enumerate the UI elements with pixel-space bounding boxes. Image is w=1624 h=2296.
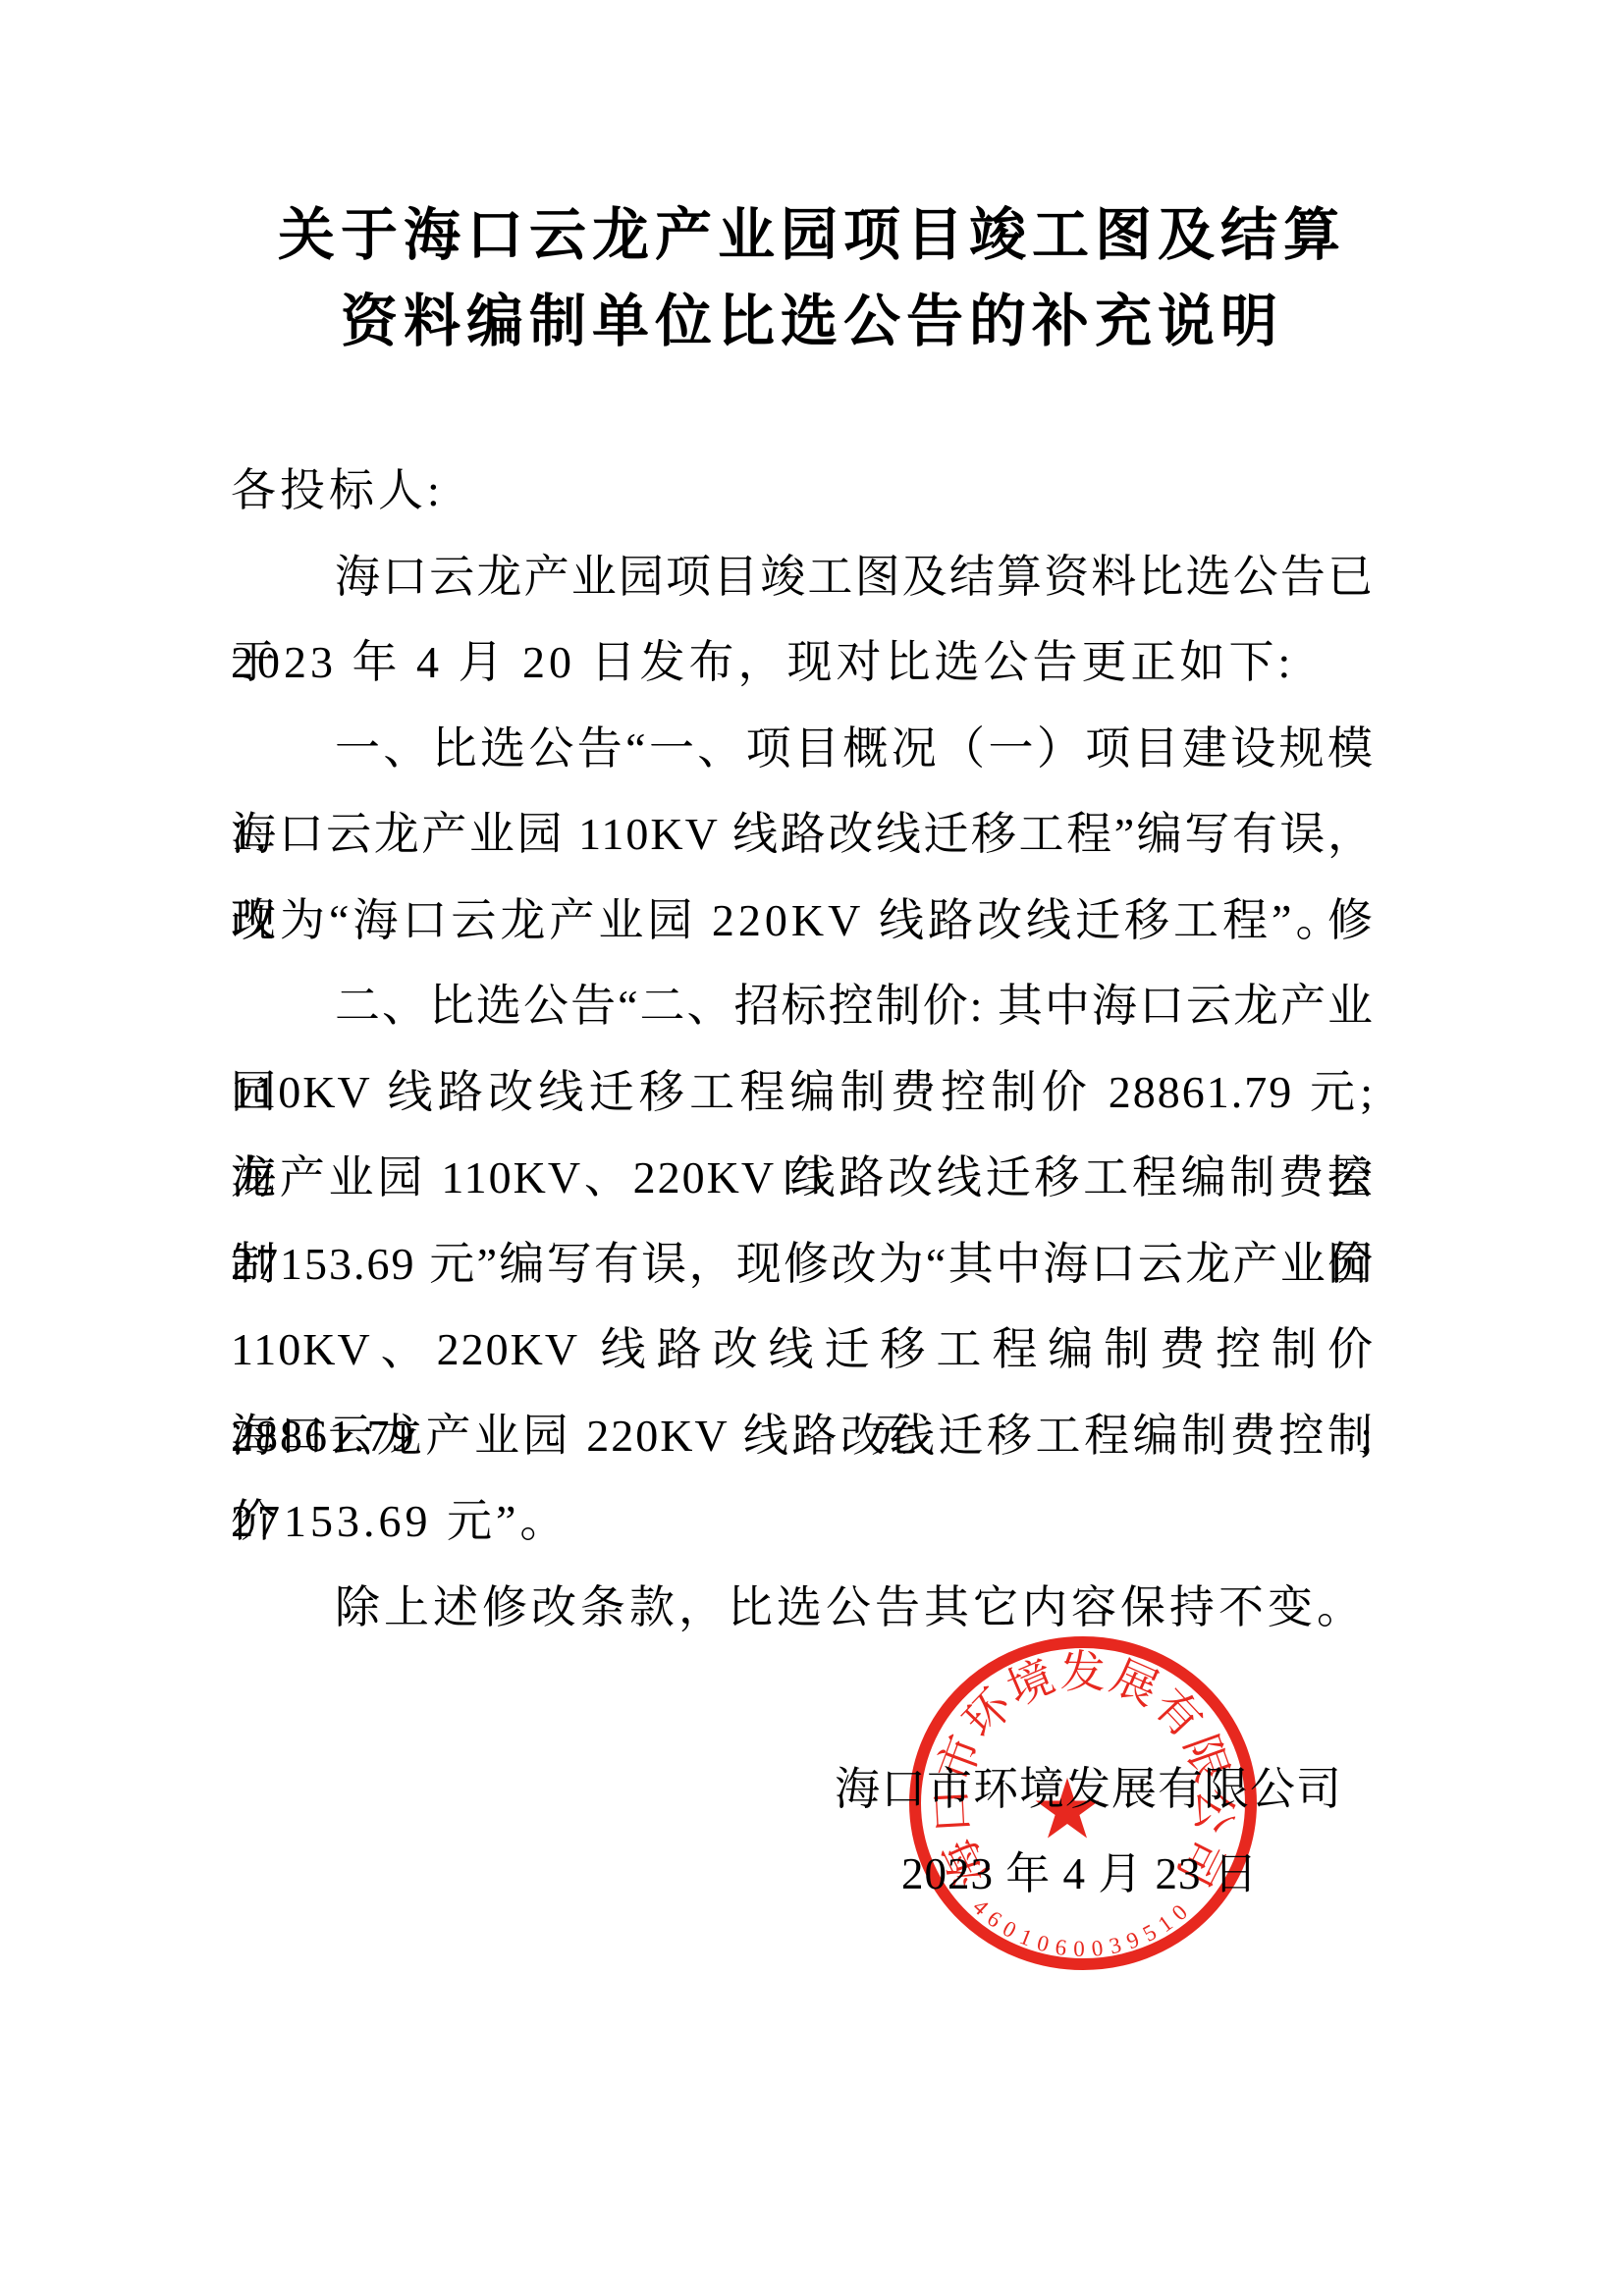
body-line: 一、比选公告“一、项目概况（一）项目建设规模 1.: [231, 706, 1375, 792]
document-body: 各投标人: 海口云龙产业园项目竣工图及结算资料比选公告已于 2023 年 4 月…: [231, 448, 1375, 1650]
body-line: 龙产业园 110KV、220KV 线路改线迁移工程编制费控制价: [231, 1135, 1375, 1221]
body-line: 二、比选公告“二、招标控制价: 其中海口云龙产业园: [231, 963, 1375, 1049]
body-line: 海口云龙产业园 110KV 线路改线迁移工程”编写有误，现修: [231, 791, 1375, 878]
body-line: 27153.69 元”编写有误，现修改为“其中海口云龙产业园: [231, 1221, 1375, 1308]
seal-serial-holder: 4601060039510: [968, 1895, 1198, 1961]
document-title: 关于海口云龙产业园项目竣工图及结算 资料编制单位比选公告的补充说明: [0, 192, 1624, 365]
title-line-2: 资料编制单位比选公告的补充说明: [0, 279, 1624, 365]
seal-serial-number: 4601060039510: [968, 1895, 1198, 1961]
seal-star-icon: [1036, 1778, 1100, 1839]
body-line: 改为“海口云龙产业园 220KV 线路改线迁移工程”。: [231, 878, 1375, 964]
document-page: 关于海口云龙产业园项目竣工图及结算 资料编制单位比选公告的补充说明 各投标人: …: [0, 0, 1624, 2296]
body-line: 110KV 线路改线迁移工程编制费控制价 28861.79 元; 海口云: [231, 1049, 1375, 1136]
title-line-1: 关于海口云龙产业园项目竣工图及结算: [0, 192, 1624, 279]
body-line: 海口云龙产业园 220KV 线路改线迁移工程编制费控制价: [231, 1393, 1375, 1479]
body-line: 海口云龙产业园项目竣工图及结算资料比选公告已于: [231, 534, 1375, 620]
official-seal: 海口市环境发展有限公司 4601060039510: [901, 1627, 1265, 1980]
body-line: 27153.69 元”。: [231, 1478, 1375, 1565]
salutation-line: 各投标人:: [231, 448, 1375, 534]
body-line: 2023 年 4 月 20 日发布，现对比选公告更正如下:: [231, 619, 1375, 706]
body-line: 110KV、220KV 线路改线迁移工程编制费控制价 28861.79 元;: [231, 1307, 1375, 1393]
